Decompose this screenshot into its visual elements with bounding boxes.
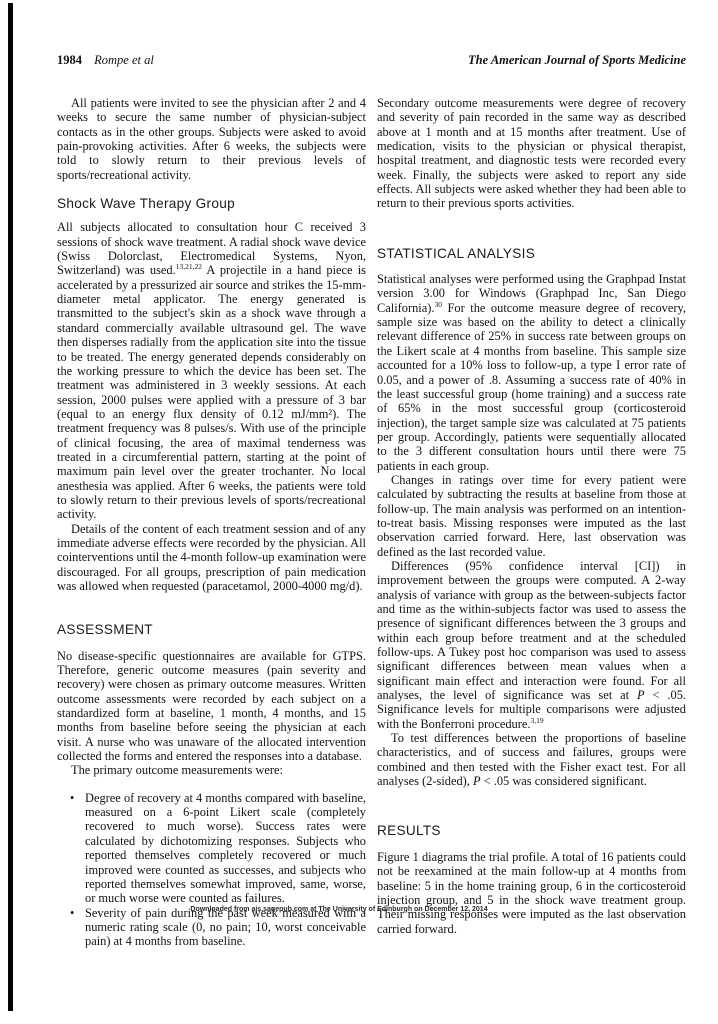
stats-3-text: Differences (95% confidence interval [CI… [377,559,686,702]
stats-1-text-cont: For the outcome measure degree of recove… [377,301,686,473]
stats-4-text-cont: < .05 was considered significant. [481,774,647,788]
reference-superscript: 3,19 [530,716,543,725]
right-column: Secondary outcome measurements were degr… [377,96,686,936]
running-header-left: 1984 Rompe et al [57,53,154,68]
paragraph-stats-2: Changes in ratings over time for every p… [377,473,686,559]
page-number: 1984 [57,53,82,67]
reference-superscript: 13,21,22 [176,262,202,271]
scan-edge-bar [8,3,13,1011]
journal-title: The American Journal of Sports Medicine [468,53,686,68]
heading-assessment: ASSESSMENT [57,623,366,637]
paragraph-stats-1: Statistical analyses were performed usin… [377,272,686,473]
reference-superscript: 30 [434,300,442,309]
running-header: 1984 Rompe et al The American Journal of… [57,53,686,68]
heading-shock-wave-therapy-group: Shock Wave Therapy Group [57,197,366,211]
shock-wave-1-text-cont: A projectile in a hand piece is accelera… [57,263,366,521]
paragraph-shock-wave-1: All subjects allocated to consultation h… [57,220,366,521]
heading-results: RESULTS [377,824,686,838]
paragraph-shock-wave-2: Details of the content of each treatment… [57,522,366,594]
paragraph-assessment-2: The primary outcome measurements were: [57,763,366,777]
bullet-item-degree-of-recovery: Degree of recovery at 4 months compared … [57,791,366,906]
p-value-symbol: P [637,688,645,702]
outcome-bullet-list: Degree of recovery at 4 months compared … [57,791,366,949]
paragraph-stats-3: Differences (95% confidence interval [CI… [377,559,686,731]
heading-statistical-analysis: STATISTICAL ANALYSIS [377,247,686,261]
paragraph-intro-left: All patients were invited to see the phy… [57,96,366,182]
authors: Rompe et al [94,53,154,67]
p-value-symbol: P [473,774,481,788]
paragraph-results-1: Figure 1 diagrams the trial profile. A t… [377,850,686,936]
paragraph-assessment-1: No disease-specific questionnaires are a… [57,649,366,764]
download-provenance-note: Downloaded from ajs.sagepub.com at The U… [0,906,678,913]
paragraph-stats-4: To test differences between the proporti… [377,731,686,788]
paragraph-intro-right: Secondary outcome measurements were degr… [377,96,686,211]
journal-page: 1984 Rompe et al The American Journal of… [0,0,718,1024]
left-column: All patients were invited to see the phy… [57,96,366,949]
